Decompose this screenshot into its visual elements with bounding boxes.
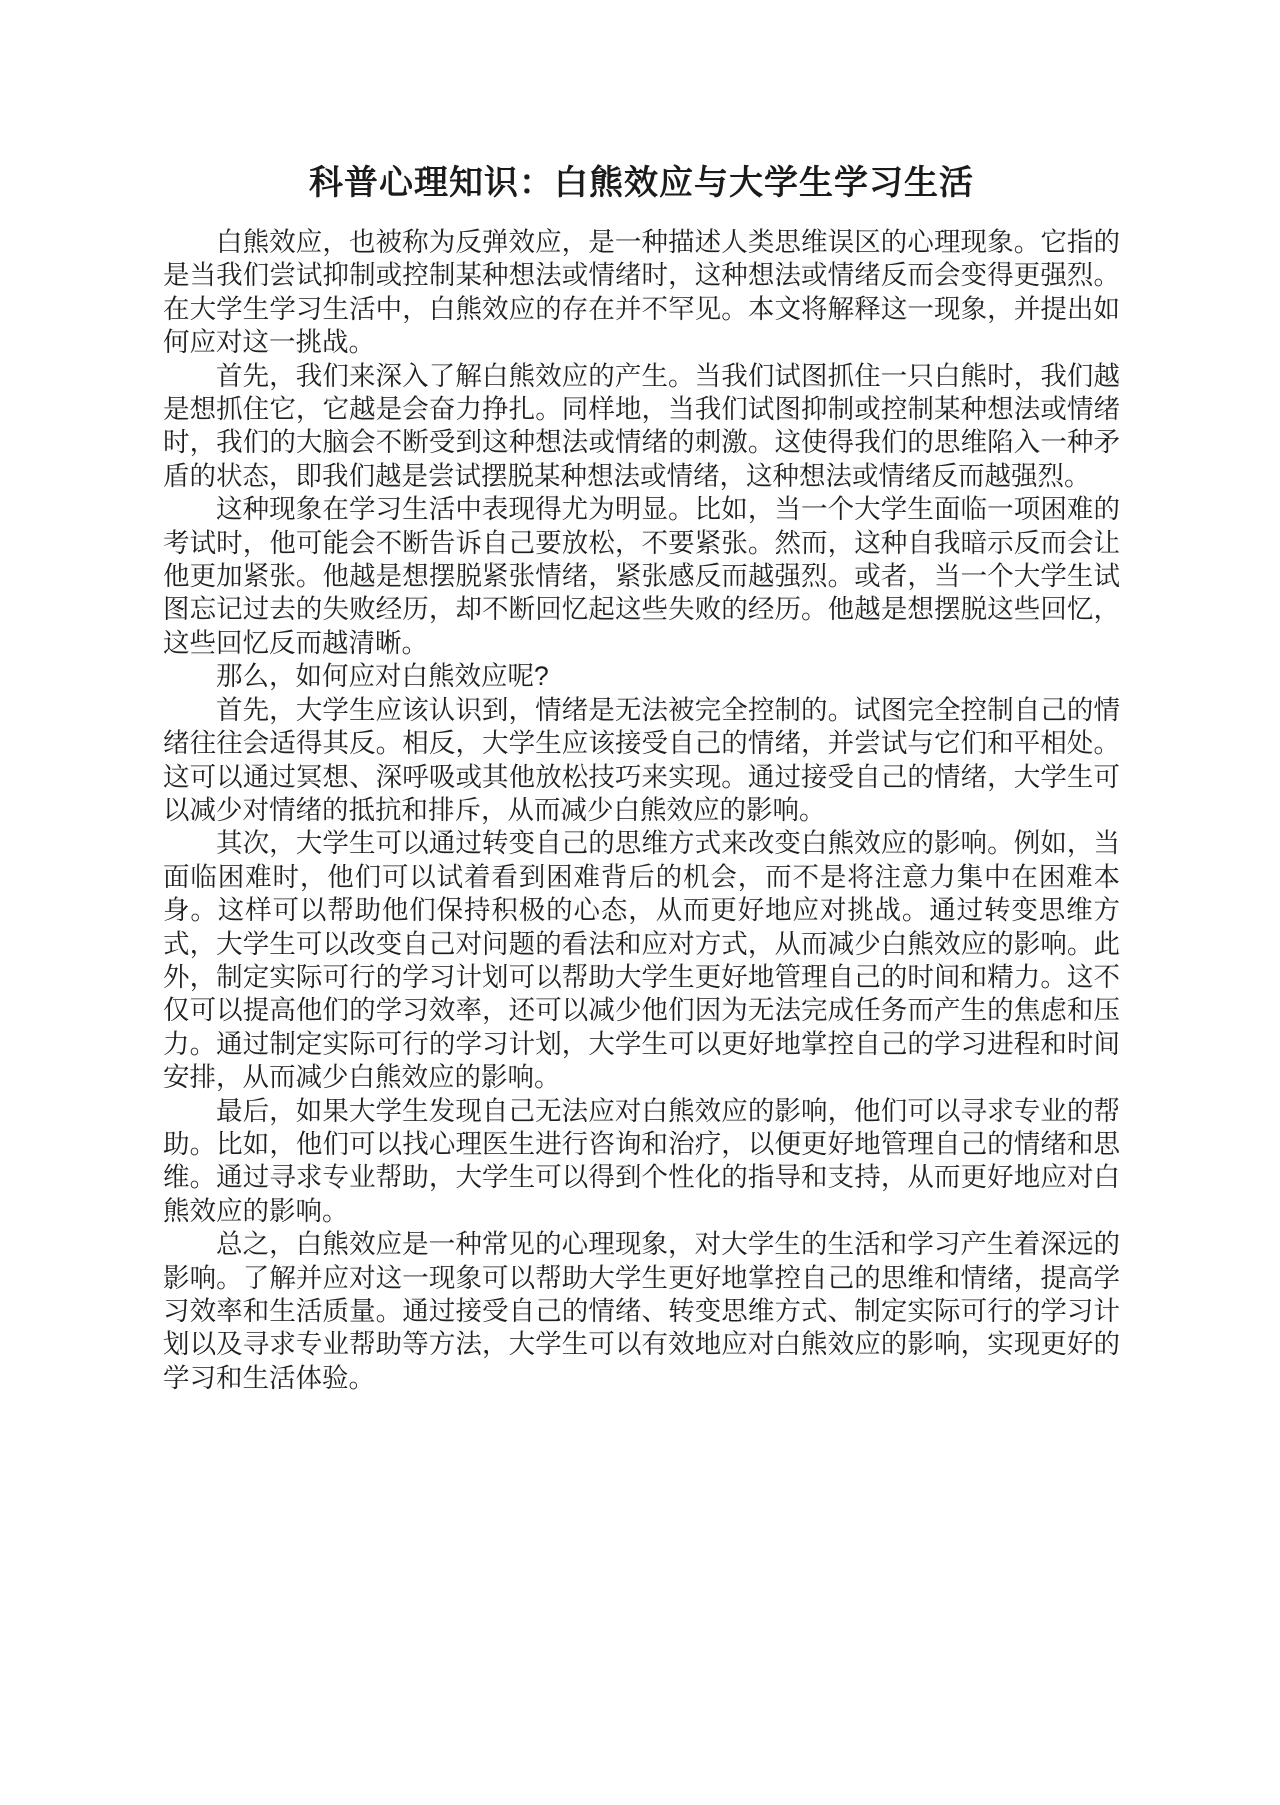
paragraph-examples: 这种现象在学习生活中表现得尤为明显。比如，当一个大学生面临一项困难的考试时，他可…: [163, 493, 1120, 660]
paragraph-professional-help: 最后，如果大学生发现自己无法应对白熊效应的影响，他们可以寻求专业的帮助。比如，他…: [163, 1095, 1120, 1229]
paragraph-mindset-and-plan: 其次，大学生可以通过转变自己的思维方式来改变白熊效应的影响。例如，当面临困难时，…: [163, 827, 1120, 1094]
paragraph-question: 那么，如何应对白熊效应呢?: [163, 660, 1120, 693]
paragraph-origin: 首先，我们来深入了解白熊效应的产生。当我们试图抓住一只白熊时，我们越是想抓住它，…: [163, 360, 1120, 494]
paragraph-accept-emotions: 首先，大学生应该认识到，情绪是无法被完全控制的。试图完全控制自己的情绪往往会适得…: [163, 694, 1120, 828]
paragraph-conclusion: 总之，白熊效应是一种常见的心理现象，对大学生的生活和学习产生着深远的影响。了解并…: [163, 1228, 1120, 1395]
document-page: 科普心理知识：白熊效应与大学生学习生活 白熊效应，也被称为反弹效应，是一种描述人…: [0, 0, 1280, 1805]
paragraph-intro: 白熊效应，也被称为反弹效应，是一种描述人类思维误区的心理现象。它指的是当我们尝试…: [163, 226, 1120, 360]
document-title: 科普心理知识：白熊效应与大学生学习生活: [163, 160, 1120, 206]
document-body: 白熊效应，也被称为反弹效应，是一种描述人类思维误区的心理现象。它指的是当我们尝试…: [163, 226, 1120, 1395]
